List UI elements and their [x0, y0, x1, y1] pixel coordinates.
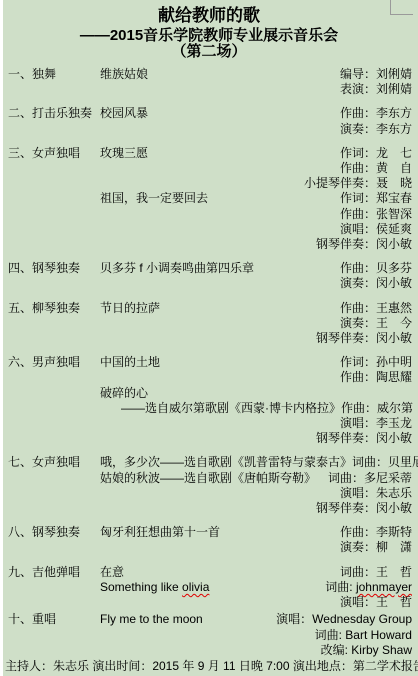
- credit: 词曲: johnmayer: [325, 580, 412, 595]
- credit: 编导：刘俐婧: [340, 67, 412, 82]
- piece-title: 破碎的心: [100, 386, 412, 401]
- item-label: 十、重唱: [8, 612, 100, 627]
- piece-title: 在意: [100, 565, 340, 580]
- item-label: 八、钢琴独奏: [8, 525, 100, 540]
- piece-title: 哦，多少次——选自歌剧《凯普雷特与蒙泰古》: [100, 455, 352, 470]
- credit: 表演：刘俐婧: [340, 82, 412, 97]
- program-row: 演奏：闵小敏: [0, 276, 418, 291]
- credit: 作曲：张智深: [340, 207, 412, 222]
- program-list: 一、独舞 维族姑娘 编导：刘俐婧 表演：刘俐婧 二、打击乐独奏 校园风暴 作曲：…: [0, 67, 418, 658]
- program-row: 姑娘的秋波——选自歌剧《唐帕斯夸勒》 词曲：多尼采蒂: [0, 471, 418, 486]
- item-label: 七、女声独唱: [8, 455, 100, 470]
- piece-title: ——选自威尔第歌剧《西蒙·博卡内格拉》: [100, 401, 341, 416]
- item-label: 九、吉他弹唱: [8, 565, 100, 580]
- credit: 作曲：李东方: [340, 106, 412, 121]
- program-row: 二、打击乐独奏 校园风暴 作曲：李东方: [0, 106, 418, 121]
- credit: 作曲：李斯特: [340, 525, 412, 540]
- program-row: ——选自威尔第歌剧《西蒙·博卡内格拉》 作曲：威尔第: [0, 401, 418, 416]
- page-margin-corner-mark: [390, 0, 413, 15]
- program-row: 钢琴伴奏：闵小敏: [0, 431, 418, 446]
- credit: 演奏：王 今: [340, 316, 412, 331]
- program-row: 演奏：王 今: [0, 316, 418, 331]
- piece-title: 祖国，我一定要回去: [100, 191, 340, 206]
- credit: 词曲: Bart Howard: [315, 628, 412, 643]
- item-label: 二、打击乐独奏: [8, 106, 100, 121]
- piece-title: 玫瑰三愿: [100, 146, 340, 161]
- program-row: 作曲：张智深: [0, 207, 418, 222]
- credit: 作词：郑宝春: [340, 191, 412, 206]
- program-row: 十、重唱 Fly me to the moon 演唱：Wednesday Gro…: [0, 612, 418, 627]
- spellcheck-flagged-text: johnmayer: [356, 580, 412, 594]
- page-title: 献给教师的歌: [0, 5, 418, 27]
- spellcheck-flagged-text: olivia: [182, 580, 209, 594]
- program-row: 祖国，我一定要回去 作词：郑宝春: [0, 191, 418, 206]
- program-row: 三、女声独唱 玫瑰三愿 作词：龙 七: [0, 146, 418, 161]
- credit: 词曲：王 哲: [340, 565, 412, 580]
- credit: 小提琴伴奏：聂 晓: [304, 176, 412, 191]
- credit: 钢琴伴奏：闵小敏: [316, 331, 412, 346]
- page-subtitle: ——2015音乐学院教师专业展示音乐会: [0, 27, 418, 44]
- credit: 作词：孙中明: [340, 355, 412, 370]
- program-row: 八、钢琴独奏 匈牙利狂想曲第十一首 作曲：李斯特: [0, 525, 418, 540]
- credit: 钢琴伴奏：闵小敏: [316, 501, 412, 516]
- program-row: 六、男声独唱 中国的土地 作词：孙中明: [0, 355, 418, 370]
- item-label: 五、柳琴独奏: [8, 301, 100, 316]
- text-segment: 词曲:: [325, 580, 356, 594]
- program-row: 演奏：柳 潇: [0, 540, 418, 555]
- piece-title: Something like olivia: [100, 580, 325, 595]
- credit: 作曲：贝多芬: [340, 261, 412, 276]
- program-row: 表演：刘俐婧: [0, 82, 418, 97]
- item-label: 三、女声独唱: [8, 146, 100, 161]
- piece-title: 校园风暴: [100, 106, 340, 121]
- credit: 演奏：闵小敏: [340, 276, 412, 291]
- program-row: 四、钢琴独奏 贝多芬 f 小调奏鸣曲第四乐章 作曲：贝多芬: [0, 261, 418, 276]
- credit: 演唱：王 哲: [340, 595, 412, 610]
- page-session: （第二场）: [0, 44, 418, 60]
- program-row: 词曲: Bart Howard: [0, 628, 418, 643]
- program-row: 钢琴伴奏：闵小敏: [0, 501, 418, 516]
- program-row: 钢琴伴奏：闵小敏: [0, 237, 418, 252]
- item-label: 六、男声独唱: [8, 355, 100, 370]
- piece-title: 贝多芬 f 小调奏鸣曲第四乐章: [100, 261, 340, 276]
- program-row: 改编: Kirby Shaw: [0, 643, 418, 658]
- program-row: 五、柳琴独奏 节日的拉萨 作曲：王惠然: [0, 301, 418, 316]
- piece-title: 姑娘的秋波——选自歌剧《唐帕斯夸勒》: [100, 471, 328, 486]
- program-row: 七、女声独唱 哦，多少次——选自歌剧《凯普雷特与蒙泰古》 词曲：贝里尼: [0, 455, 418, 470]
- footer-text: 主持人：朱志乐 演出时间：2015 年 9 月 11 日晚 7:00 演出地点：…: [5, 659, 414, 674]
- program-row: 演唱：朱志乐: [0, 486, 418, 501]
- piece-title: Fly me to the moon: [100, 612, 276, 627]
- program-row: 演奏：李东方: [0, 122, 418, 137]
- text-segment: Something like: [100, 580, 182, 594]
- credit: 作词：龙 七: [340, 146, 412, 161]
- header: 献给教师的歌 ——2015音乐学院教师专业展示音乐会 （第二场）: [0, 0, 418, 60]
- program-row: 作曲：陶思耀: [0, 370, 418, 385]
- item-label: 一、独舞: [8, 67, 100, 82]
- program-row: 演唱：王 哲: [0, 595, 418, 610]
- credit: 钢琴伴奏：闵小敏: [316, 431, 412, 446]
- credit: 作曲：王惠然: [340, 301, 412, 316]
- program-row: 小提琴伴奏：聂 晓: [0, 176, 418, 191]
- program-row: Something like olivia 词曲: johnmayer: [0, 580, 418, 595]
- program-row: 作曲：黄 自: [0, 161, 418, 176]
- credit: 作曲：黄 自: [340, 161, 412, 176]
- piece-title: 匈牙利狂想曲第十一首: [100, 525, 340, 540]
- program-page: 献给教师的歌 ——2015音乐学院教师专业展示音乐会 （第二场） 一、独舞 维族…: [0, 0, 418, 676]
- program-row: 破碎的心: [0, 386, 418, 401]
- credit: 演奏：李东方: [340, 122, 412, 137]
- piece-title: 中国的土地: [100, 355, 340, 370]
- credit: 词曲：贝里尼: [352, 455, 418, 470]
- credit: 钢琴伴奏：闵小敏: [316, 237, 412, 252]
- credit: 作曲：陶思耀: [340, 370, 412, 385]
- credit: 演唱：李玉龙: [340, 416, 412, 431]
- credit: 演唱：朱志乐: [340, 486, 412, 501]
- program-row: 演唱：李玉龙: [0, 416, 418, 431]
- piece-title: 节日的拉萨: [100, 301, 340, 316]
- program-row: 一、独舞 维族姑娘 编导：刘俐婧: [0, 67, 418, 82]
- credit: 演唱：Wednesday Group: [276, 612, 412, 627]
- program-row: 九、吉他弹唱 在意 词曲：王 哲: [0, 565, 418, 580]
- item-label: 四、钢琴独奏: [8, 261, 100, 276]
- credit: 作曲：威尔第: [341, 401, 413, 416]
- piece-title: 维族姑娘: [100, 67, 340, 82]
- program-row: 钢琴伴奏：闵小敏: [0, 331, 418, 346]
- credit: 改编: Kirby Shaw: [321, 643, 412, 658]
- credit: 演唱：侯延爽: [340, 222, 412, 237]
- credit: 词曲：多尼采蒂: [328, 471, 412, 486]
- credit: 演奏：柳 潇: [340, 540, 412, 555]
- program-row: 演唱：侯延爽: [0, 222, 418, 237]
